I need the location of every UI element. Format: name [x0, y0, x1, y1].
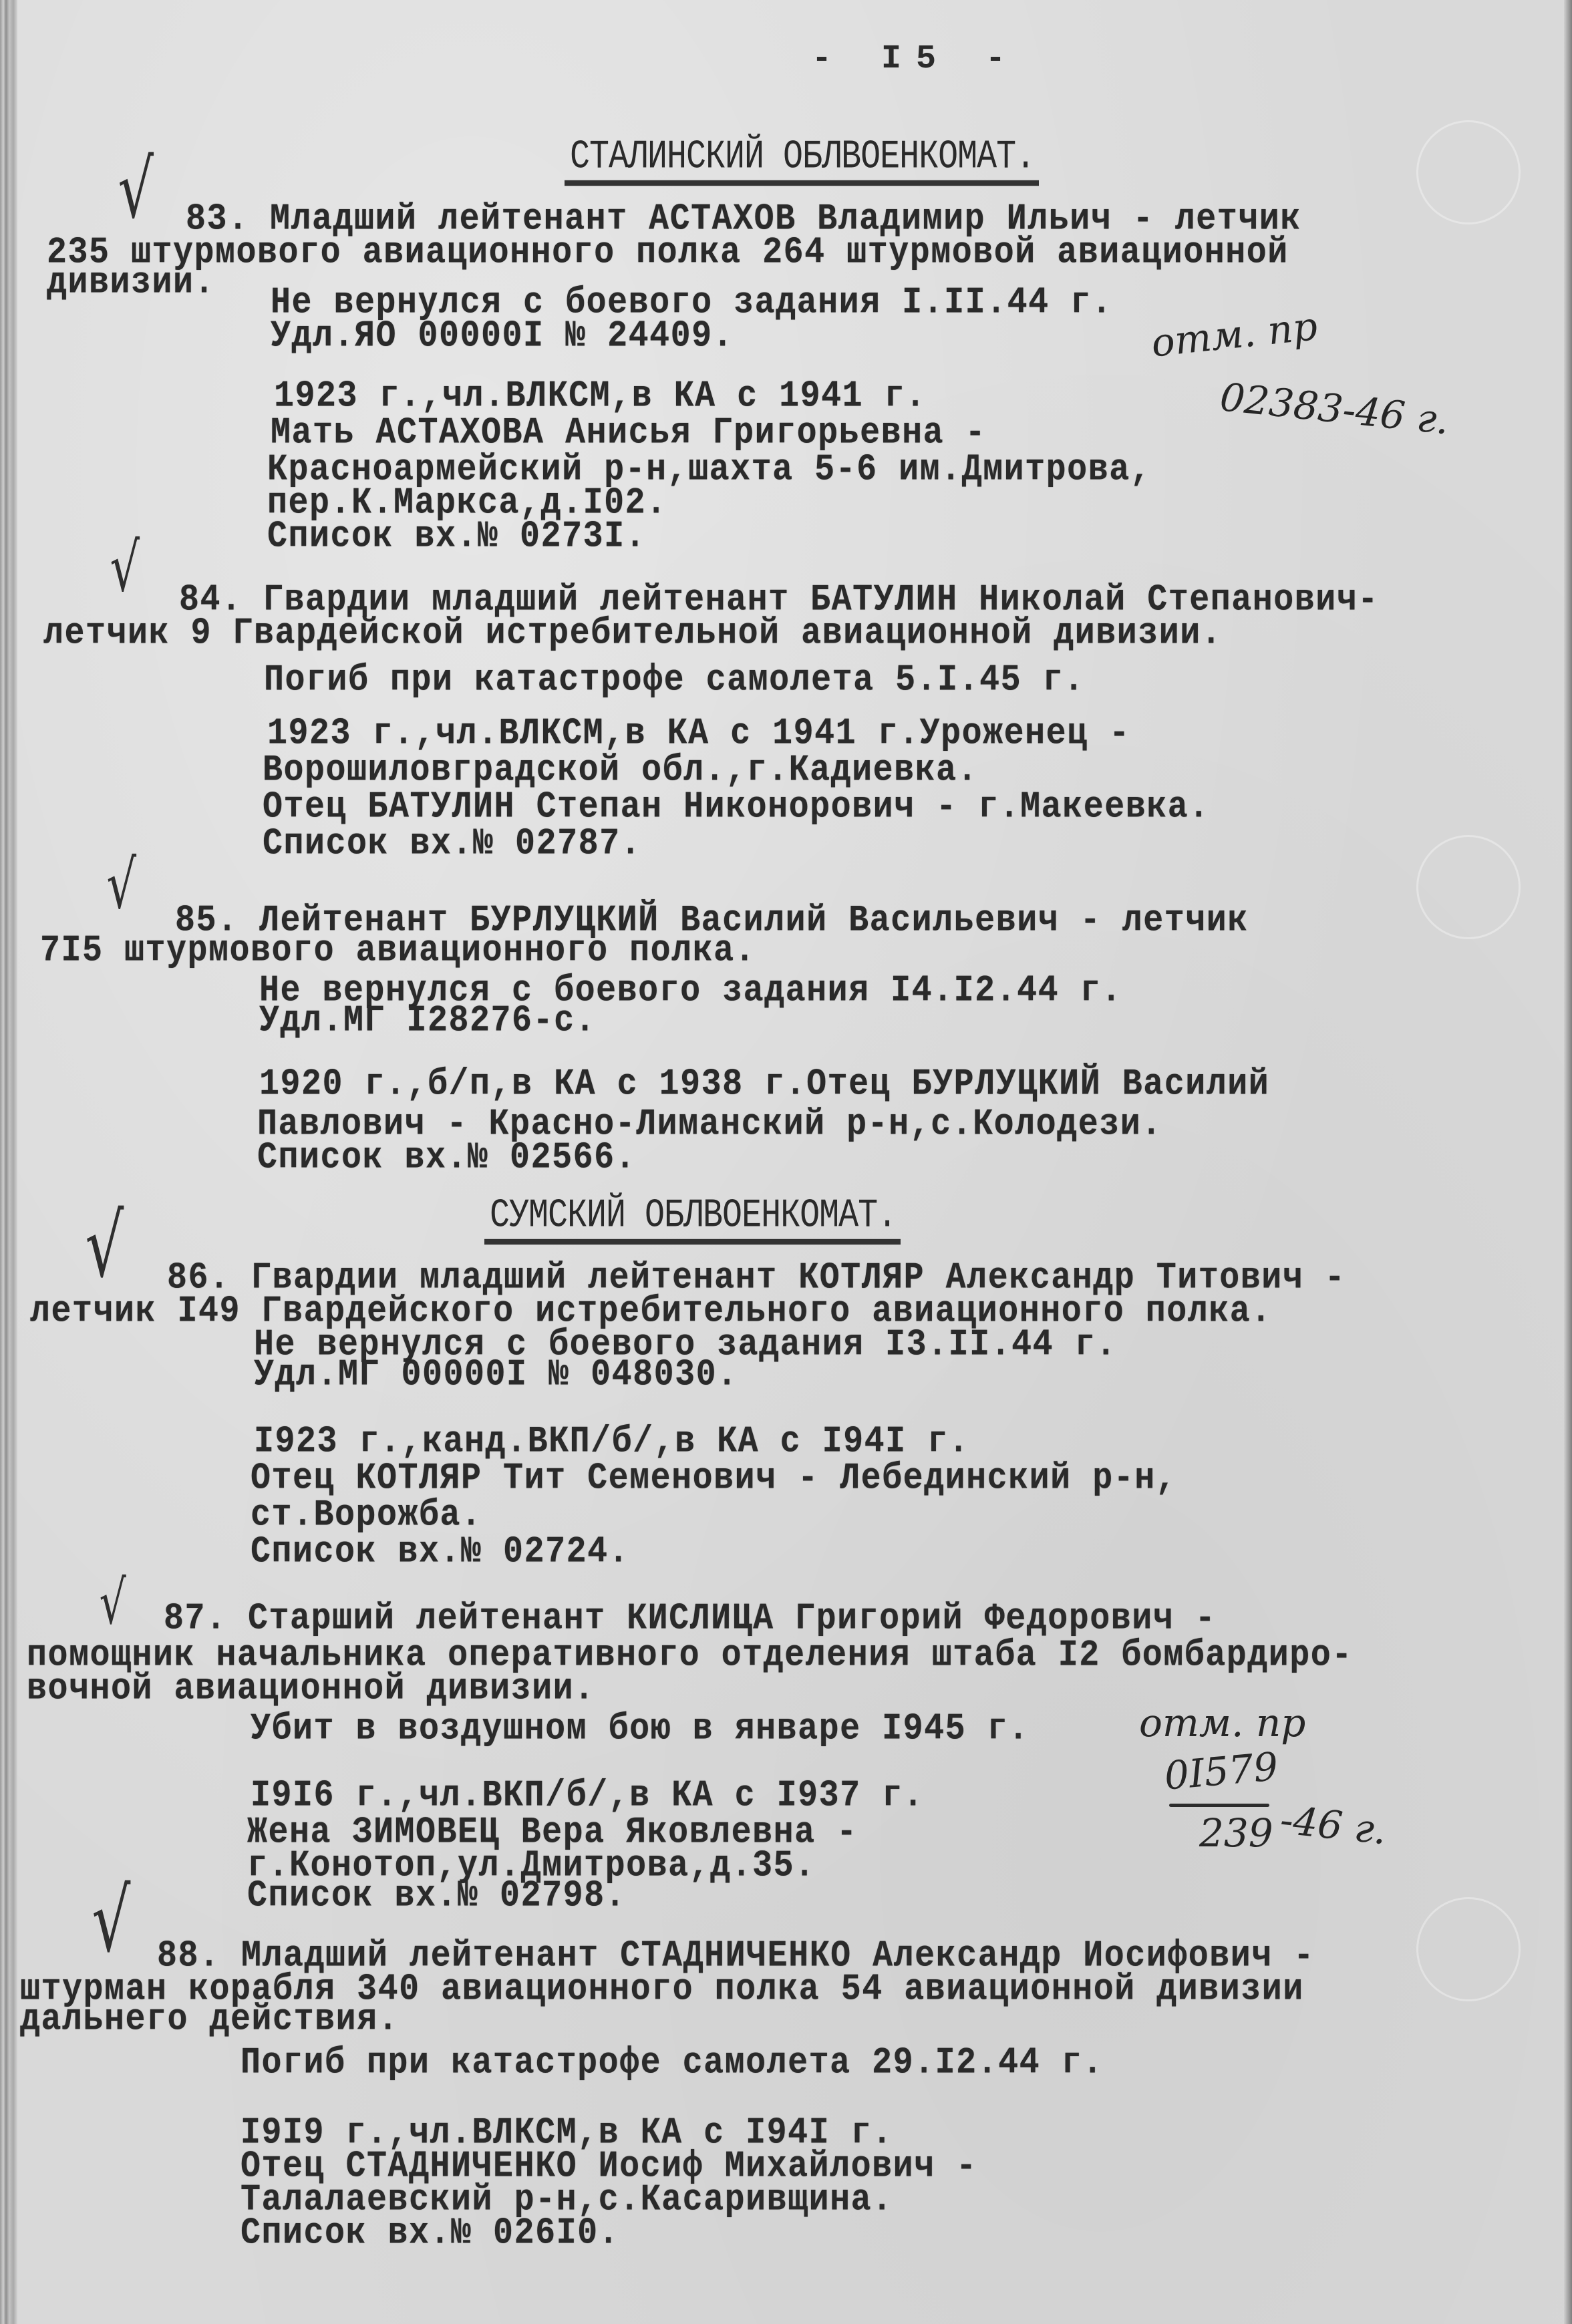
entry-line: Мать АСТАХОВА Анисья Григорьевна - [271, 414, 986, 453]
entry-line: дивизии. [47, 264, 215, 303]
scan-edge-right [1564, 0, 1572, 2324]
entry-line: Убит в воздушном бою в январе I945 г. [251, 1710, 1030, 1749]
checkmark-icon: √ [85, 1202, 124, 1289]
entry-line: 1920 г.,б/п,в КА с 1938 г.Отец БУРЛУЦКИЙ… [259, 1065, 1269, 1104]
checkmark-icon: √ [100, 1573, 126, 1633]
entry-line: I9I6 г.,чл.ВКП/б/,в КА с I937 г. [251, 1777, 924, 1816]
entry-line: Список вх.№ 0273I. [267, 518, 646, 556]
entry-line: Погиб при катастрофе самолета 5.I.45 г. [264, 661, 1085, 700]
section-heading: СТАЛИНСКИЙ ОБЛВОЕНКОМАТ. [565, 137, 1039, 186]
entry-line: летчик 9 Гвардейской истребительной авиа… [43, 615, 1222, 653]
checkmark-icon: √ [92, 1877, 130, 1964]
archive-watermark [1396, 100, 1541, 244]
handwritten-note: 02383-46 г. [1218, 374, 1451, 444]
section-heading: СУМСКИЙ ОБЛВОЕНКОМАТ. [484, 1196, 901, 1244]
handwritten-note: отм. пр [1149, 303, 1319, 366]
checkmark-icon: √ [107, 852, 137, 919]
entry-line: Ворошиловградской обл.,г.Кадиевка. [263, 752, 978, 790]
entry-line: дальнего действия. [20, 2001, 399, 2039]
entry-line: ст.Ворожба. [251, 1496, 482, 1535]
entry-line: 1923 г.,чл.ВЛКСМ,в КА с 1941 г. [274, 377, 927, 416]
entry-header-line: 87. Старший лейтенант КИСЛИЦА Григорий Ф… [164, 1600, 1216, 1639]
document-page: - I5 - СТАЛИНСКИЙ ОБЛВОЕНКОМАТ. √ 83. Мл… [0, 0, 1572, 2324]
handwritten-note: -46 г. [1278, 1797, 1389, 1853]
handwritten-note: отм. пр [1139, 1700, 1305, 1746]
entry-line: Погиб при катастрофе самолета 29.I2.44 г… [241, 2044, 1104, 2083]
checkmark-icon: √ [118, 150, 154, 230]
entry-line: Список вх.№ 02787. [263, 825, 641, 864]
entry-line: Список вх.№ 02798. [247, 1877, 626, 1916]
entry-line: вочной авиационной дивизии. [27, 1670, 595, 1709]
entry-line: Отец БАТУЛИН Степан Никонорович - г.Маке… [263, 788, 1210, 827]
entry-line: Удл.ЯО 00000I № 24409. [271, 317, 734, 356]
entry-line: Список вх.№ 02566. [257, 1139, 636, 1178]
entry-line: Удл.МГ 00000I № 048030. [254, 1356, 738, 1395]
entry-line: 235 штурмового авиационного полка 264 шт… [47, 234, 1289, 273]
page-number: - I5 - [812, 40, 1020, 78]
entry-line: Удл.МГ I28276-с. [259, 1002, 596, 1041]
scan-edge-left [0, 0, 17, 2324]
entry-line: 7I5 штурмового авиационного полка. [40, 932, 756, 971]
handwritten-note: 239 [1199, 1810, 1273, 1856]
entry-line: 1923 г.,чл.ВЛКСМ,в КА с 1941 г.Уроженец … [267, 715, 1130, 754]
checkmark-icon: √ [110, 534, 140, 601]
entry-line: Список вх.№ 026I0. [241, 2214, 619, 2253]
entry-line: Отец КОТЛЯР Тит Семенович - Лебединский … [251, 1460, 1176, 1498]
archive-watermark [1396, 1876, 1541, 2021]
handwritten-fraction-line [1169, 1804, 1269, 1807]
entry-line: I923 г.,канд.ВКП/б/,в КА с I94I г. [254, 1423, 969, 1462]
handwritten-note: 0I579 [1162, 1744, 1280, 1799]
archive-watermark [1396, 814, 1541, 959]
entry-line: Список вх.№ 02724. [251, 1533, 629, 1572]
